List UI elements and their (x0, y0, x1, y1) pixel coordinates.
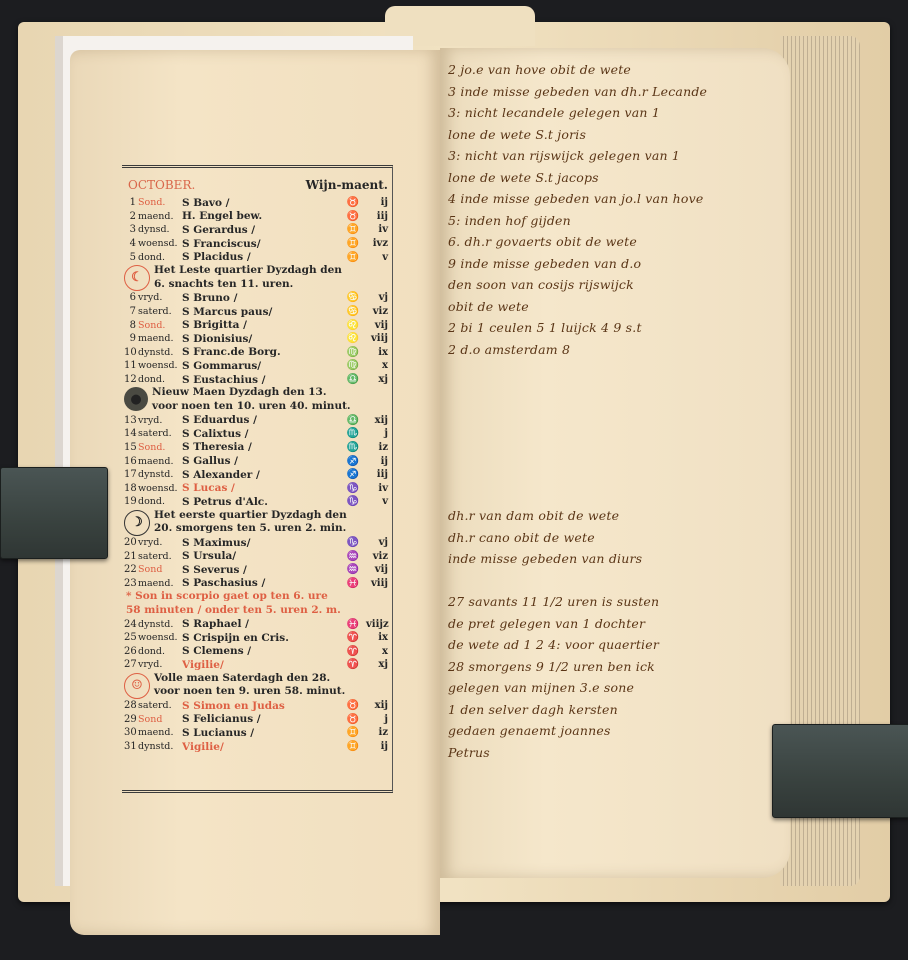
day-number: 12 (124, 374, 138, 385)
saint-name: S Placidus / (182, 251, 340, 263)
saint-name: S Gommarus/ (182, 360, 340, 372)
handwritten-line: 27 savants 11 1/2 uren is susten (448, 594, 778, 616)
day-number: 6 (124, 292, 138, 303)
handwritten-line: gedaen genaemt joannes (448, 723, 778, 745)
weekday: dond. (138, 252, 182, 263)
last-quarter-moon-icon: ☾ (124, 265, 150, 291)
day-number: 3 (124, 224, 138, 235)
zodiac-sign-icon: ♐ (340, 456, 366, 467)
day-number: 13 (124, 415, 138, 426)
calendar-day-row: 30maend.S Lucianus /♊iz (122, 726, 392, 740)
roman-numeral: ix (366, 347, 388, 358)
calendar-day-row: 13vryd.S Eduardus /♎xij (122, 414, 392, 428)
zodiac-sign-icon: ♉ (340, 700, 366, 711)
zodiac-sign-icon: ♋ (340, 292, 366, 303)
day-number: 8 (124, 320, 138, 331)
zodiac-sign-icon: ♌ (340, 333, 366, 344)
roman-numeral: iv (366, 483, 388, 494)
calendar-day-row: 23maend.S Paschasius /♓viij (122, 577, 392, 591)
weekday: Sond. (138, 197, 182, 208)
moon-phase-new-moon: ● Nieuw Maen Dyzdagh den 13.voor noen te… (122, 386, 392, 413)
zodiac-sign-icon: ♏ (340, 442, 366, 453)
calendar-rows-4: 20vryd.S Maximus/♑vj21saterd.S Ursula/♒v… (122, 536, 392, 590)
zodiac-sign-icon: ♑ (340, 537, 366, 548)
roman-numeral: viij (366, 578, 388, 589)
saint-name: S Gerardus / (182, 224, 340, 236)
zodiac-sign-icon: ♍ (340, 360, 366, 371)
weekday: woensd. (138, 483, 182, 494)
roman-numeral: viij (366, 333, 388, 344)
day-number: 25 (124, 632, 138, 643)
saint-name: S Lucas / (182, 482, 340, 494)
roman-numeral: xij (366, 415, 388, 426)
saint-name: S Bavo / (182, 197, 340, 209)
handwritten-line: obit de wete (448, 299, 778, 321)
weekday: dond. (138, 496, 182, 507)
moon-phase-last-quarter: ☾ Het Leste quartier Dyzdagh den6. snach… (122, 264, 392, 291)
day-number: 2 (124, 211, 138, 222)
saint-name: H. Engel bew. (182, 210, 340, 222)
weekday: maend. (138, 456, 182, 467)
roman-numeral: xj (366, 374, 388, 385)
weekday: Sond. (138, 442, 182, 453)
day-number: 27 (124, 659, 138, 670)
saint-name: S Raphael / (182, 618, 340, 630)
sun-note-line: 58 minuten / onder ten 5. uren 2. m. (126, 604, 341, 616)
weekday: vryd. (138, 415, 182, 426)
sun-note-line: * Son in scorpio gaet op ten 6. ure (126, 590, 328, 602)
weekday: dynstd. (138, 469, 182, 480)
calendar-day-row: 14saterd.S Calixtus /♏j (122, 427, 392, 441)
weekday: woensd. (138, 632, 182, 643)
moon-text: 20. smorgens ten 5. uren 2. min. (154, 522, 346, 534)
saint-name: S Crispijn en Cris. (182, 632, 340, 644)
dutch-month-title: Wijn-maent. (306, 178, 388, 192)
moon-text: Nieuw Maen Dyzdagh den 13. (152, 386, 327, 398)
moon-text: Volle maen Saterdagh den 28. (154, 672, 330, 684)
zodiac-sign-icon: ♓ (340, 619, 366, 630)
moon-phase-first-quarter: ☽ Het eerste quartier Dyzdagh den20. smo… (122, 509, 392, 536)
handwritten-line: lone de wete S.t joris (448, 127, 778, 149)
saint-name: S Franc.de Borg. (182, 346, 340, 358)
roman-numeral: iv (366, 224, 388, 235)
saint-name: S Brigitta / (182, 319, 340, 331)
saint-name: S Gallus / (182, 455, 340, 467)
saint-name: S Theresia / (182, 441, 340, 453)
weekday: dond. (138, 374, 182, 385)
roman-numeral: v (366, 496, 388, 507)
calendar-day-row: 28saterd.S Simon en Judas♉xij (122, 699, 392, 713)
moon-text: 6. snachts ten 11. uren. (154, 278, 293, 290)
handwritten-line: Petrus (448, 745, 778, 767)
calendar-day-row: 3dynsd.S Gerardus /♊iv (122, 223, 392, 237)
day-number: 21 (124, 551, 138, 562)
weekday: maend. (138, 578, 182, 589)
calendar-day-row: 31dynstd.Vigilie/♊ij (122, 740, 392, 754)
calendar-day-row: 18woensd.S Lucas /♑iv (122, 481, 392, 495)
handwritten-line: 2 jo.e van hove obit de wete (448, 62, 778, 84)
calendar-day-row: 15Sond.S Theresia /♏iz (122, 441, 392, 455)
calendar-rows-1: 1Sond.S Bavo /♉ij2maend.H. Engel bew.♉ii… (122, 196, 392, 264)
roman-numeral: ij (366, 197, 388, 208)
zodiac-sign-icon: ♎ (340, 374, 366, 385)
roman-numeral: xij (366, 700, 388, 711)
day-number: 23 (124, 578, 138, 589)
zodiac-sign-icon: ♉ (340, 211, 366, 222)
zodiac-sign-icon: ♉ (340, 714, 366, 725)
day-number: 11 (124, 360, 138, 371)
calendar-day-row: 27vryd.Vigilie/♈xj (122, 658, 392, 672)
saint-name: S Eustachius / (182, 374, 340, 386)
moon-phase-full-moon: ☺ Volle maen Saterdagh den 28.voor noen … (122, 672, 392, 699)
weekday: dynstd. (138, 619, 182, 630)
calendar-rows-3: 13vryd.S Eduardus /♎xij14saterd.S Calixt… (122, 414, 392, 509)
saint-name: S Bruno / (182, 292, 340, 304)
zodiac-sign-icon: ♈ (340, 632, 366, 643)
roman-numeral: ij (366, 741, 388, 752)
roman-numeral: vij (366, 564, 388, 575)
weekday: vryd. (138, 537, 182, 548)
calendar-day-row: 16maend.S Gallus /♐ij (122, 454, 392, 468)
month-title: OCTOBER. (128, 178, 195, 192)
roman-numeral: v (366, 252, 388, 263)
zodiac-sign-icon: ♈ (340, 646, 366, 657)
zodiac-sign-icon: ♊ (340, 741, 366, 752)
day-number: 1 (124, 197, 138, 208)
zodiac-sign-icon: ♑ (340, 496, 366, 507)
roman-numeral: ix (366, 632, 388, 643)
handwritten-line: de pret gelegen van 1 dochter (448, 616, 778, 638)
handwritten-line: 3: nicht lecandele gelegen van 1 (448, 105, 778, 127)
saint-name: S Marcus paus/ (182, 306, 340, 318)
moon-text: voor noen ten 9. uren 58. minut. (154, 685, 345, 697)
full-moon-face-icon: ☺ (124, 673, 150, 699)
handwritten-notes-top: 2 jo.e van hove obit de wete3 inde misse… (448, 62, 778, 363)
roman-numeral: iij (366, 211, 388, 222)
handwritten-line: 3 inde misse gebeden van dh.r Lecande (448, 84, 778, 106)
weekday: woensd. (138, 238, 182, 249)
right-metal-clasp (772, 724, 908, 818)
handwritten-line: inde misse gebeden van diurs (448, 551, 778, 573)
calendar-day-row: 8Sond.S Brigitta /♌vij (122, 318, 392, 332)
calendar-day-row: 2maend.H. Engel bew.♉iij (122, 210, 392, 224)
calendar-day-row: 12dond.S Eustachius /♎xj (122, 373, 392, 387)
zodiac-sign-icon: ♈ (340, 659, 366, 670)
zodiac-sign-icon: ♎ (340, 415, 366, 426)
day-number: 28 (124, 700, 138, 711)
moon-text: Het eerste quartier Dyzdagh den (154, 509, 347, 521)
roman-numeral: vij (366, 320, 388, 331)
day-number: 30 (124, 727, 138, 738)
saint-name: S Franciscus/ (182, 238, 340, 250)
handwritten-line: 2 d.o amsterdam 8 (448, 342, 778, 364)
roman-numeral: vj (366, 292, 388, 303)
calendar-header: OCTOBER. Wijn-maent. (122, 168, 392, 196)
sun-in-scorpio-note: * Son in scorpio gaet op ten 6. ure 58 m… (122, 590, 392, 617)
day-number: 10 (124, 347, 138, 358)
handwritten-line: 3: nicht van rijswijck gelegen van 1 (448, 148, 778, 170)
calendar-day-row: 29SondS Felicianus /♉j (122, 713, 392, 727)
zodiac-sign-icon: ♓ (340, 578, 366, 589)
handwritten-line: lone de wete S.t jacops (448, 170, 778, 192)
day-number: 15 (124, 442, 138, 453)
weekday: vryd. (138, 659, 182, 670)
calendar-day-row: 20vryd.S Maximus/♑vj (122, 536, 392, 550)
weekday: saterd. (138, 700, 182, 711)
saint-name: S Calixtus / (182, 428, 340, 440)
roman-numeral: viijz (366, 619, 388, 630)
zodiac-sign-icon: ♊ (340, 252, 366, 263)
calendar-day-row: 19dond.S Petrus d'Alc.♑v (122, 495, 392, 509)
roman-numeral: x (366, 360, 388, 371)
zodiac-sign-icon: ♒ (340, 551, 366, 562)
weekday: maend. (138, 333, 182, 344)
weekday: Sond (138, 714, 182, 725)
zodiac-sign-icon: ♊ (340, 224, 366, 235)
first-quarter-moon-icon: ☽ (124, 510, 150, 536)
calendar-rows-2: 6vryd.S Bruno /♋vj7saterd.S Marcus paus/… (122, 291, 392, 386)
handwritten-notes-bottom: 27 savants 11 1/2 uren is susten de pret… (448, 594, 778, 766)
day-number: 20 (124, 537, 138, 548)
weekday: saterd. (138, 306, 182, 317)
moon-text: Het Leste quartier Dyzdagh den (154, 264, 342, 276)
roman-numeral: j (366, 714, 388, 725)
calendar-day-row: 7saterd.S Marcus paus/♋viz (122, 305, 392, 319)
weekday: saterd. (138, 551, 182, 562)
day-number: 24 (124, 619, 138, 630)
day-number: 4 (124, 238, 138, 249)
day-number: 31 (124, 741, 138, 752)
roman-numeral: ij (366, 456, 388, 467)
saint-name: S Paschasius / (182, 577, 340, 589)
calendar-day-row: 5dond.S Placidus /♊v (122, 250, 392, 264)
handwritten-line: 6. dh.r govaerts obit de wete (448, 234, 778, 256)
calendar-day-row: 24dynstd.S Raphael /♓viijz (122, 617, 392, 631)
zodiac-sign-icon: ♍ (340, 347, 366, 358)
handwritten-line: 4 inde misse gebeden van jo.l van hove (448, 191, 778, 213)
roman-numeral: j (366, 428, 388, 439)
day-number: 19 (124, 496, 138, 507)
weekday: vryd. (138, 292, 182, 303)
zodiac-sign-icon: ♒ (340, 564, 366, 575)
saint-name: Vigilie/ (182, 741, 340, 753)
moon-text: voor noen ten 10. uren 40. minut. (152, 400, 351, 412)
zodiac-sign-icon: ♐ (340, 469, 366, 480)
zodiac-sign-icon: ♉ (340, 197, 366, 208)
calendar-day-row: 1Sond.S Bavo /♉ij (122, 196, 392, 210)
calendar-day-row: 4woensd.S Franciscus/♊ivz (122, 237, 392, 251)
saint-name: S Clemens / (182, 645, 340, 657)
roman-numeral: iz (366, 727, 388, 738)
day-number: 9 (124, 333, 138, 344)
printed-calendar: OCTOBER. Wijn-maent. 1Sond.S Bavo /♉ij2m… (122, 165, 393, 793)
calendar-day-row: 26dond.S Clemens /♈x (122, 645, 392, 659)
handwritten-line: 1 den selver dagh kersten (448, 702, 778, 724)
handwritten-line: gelegen van mijnen 3.e sone (448, 680, 778, 702)
day-number: 29 (124, 714, 138, 725)
weekday: maend. (138, 211, 182, 222)
zodiac-sign-icon: ♊ (340, 238, 366, 249)
day-number: 22 (124, 564, 138, 575)
weekday: Sond. (138, 320, 182, 331)
zodiac-sign-icon: ♊ (340, 727, 366, 738)
weekday: maend. (138, 727, 182, 738)
weekday: dond. (138, 646, 182, 657)
zodiac-sign-icon: ♏ (340, 428, 366, 439)
handwritten-line: 5: inden hof gijden (448, 213, 778, 235)
day-number: 14 (124, 428, 138, 439)
handwritten-line: 2 bi 1 ceulen 5 1 luijck 4 9 s.t (448, 320, 778, 342)
saint-name: S Petrus d'Alc. (182, 496, 340, 508)
handwritten-line: 9 inde misse gebeden van d.o (448, 256, 778, 278)
roman-numeral: ivz (366, 238, 388, 249)
saint-name: S Ursula/ (182, 550, 340, 562)
saint-name: S Lucianus / (182, 727, 340, 739)
calendar-day-row: 6vryd.S Bruno /♋vj (122, 291, 392, 305)
weekday: dynsd. (138, 224, 182, 235)
new-moon-icon: ● (124, 387, 148, 411)
zodiac-sign-icon: ♋ (340, 306, 366, 317)
calendar-day-row: 17dynstd.S Alexander /♐iij (122, 468, 392, 482)
calendar-rows-5: 24dynstd.S Raphael /♓viijz25woensd.S Cri… (122, 617, 392, 671)
weekday: Sond (138, 564, 182, 575)
saint-name: S Dionisius/ (182, 333, 340, 345)
roman-numeral: iij (366, 469, 388, 480)
roman-numeral: viz (366, 551, 388, 562)
zodiac-sign-icon: ♑ (340, 483, 366, 494)
calendar-day-row: 25woensd.S Crispijn en Cris.♈ix (122, 631, 392, 645)
calendar-rows-6: 28saterd.S Simon en Judas♉xij29SondS Fel… (122, 699, 392, 753)
weekday: dynstd. (138, 741, 182, 752)
roman-numeral: vj (366, 537, 388, 548)
saint-name: S Eduardus / (182, 414, 340, 426)
roman-numeral: viz (366, 306, 388, 317)
handwritten-line: dh.r van dam obit de wete (448, 508, 778, 530)
calendar-day-row: 11woensd.S Gommarus/♍x (122, 359, 392, 373)
saint-name: S Maximus/ (182, 537, 340, 549)
saint-name: Vigilie/ (182, 659, 340, 671)
saint-name: S Alexander / (182, 469, 340, 481)
day-number: 26 (124, 646, 138, 657)
handwritten-line: den soon van cosijs rijswijck (448, 277, 778, 299)
calendar-day-row: 21saterd.S Ursula/♒viz (122, 549, 392, 563)
handwritten-line: dh.r cano obit de wete (448, 530, 778, 552)
calendar-day-row: 22SondS Severus /♒vij (122, 563, 392, 577)
handwritten-line: 28 smorgens 9 1/2 uren ben ick (448, 659, 778, 681)
day-number: 16 (124, 456, 138, 467)
saint-name: S Severus / (182, 564, 340, 576)
weekday: saterd. (138, 428, 182, 439)
zodiac-sign-icon: ♌ (340, 320, 366, 331)
weekday: dynstd. (138, 347, 182, 358)
day-number: 7 (124, 306, 138, 317)
calendar-day-row: 9maend.S Dionisius/♌viij (122, 332, 392, 346)
day-number: 18 (124, 483, 138, 494)
roman-numeral: xj (366, 659, 388, 670)
day-number: 5 (124, 252, 138, 263)
calendar-day-row: 10dynstd.S Franc.de Borg.♍ix (122, 346, 392, 360)
saint-name: S Simon en Judas (182, 700, 340, 712)
handwritten-line: de wete ad 1 2 4: voor quaertier (448, 637, 778, 659)
day-number: 17 (124, 469, 138, 480)
roman-numeral: iz (366, 442, 388, 453)
saint-name: S Felicianus / (182, 713, 340, 725)
weekday: woensd. (138, 360, 182, 371)
roman-numeral: x (366, 646, 388, 657)
left-metal-clasp (0, 467, 108, 559)
handwritten-notes-middle: dh.r van dam obit de wetedh.r cano obit … (448, 508, 778, 573)
